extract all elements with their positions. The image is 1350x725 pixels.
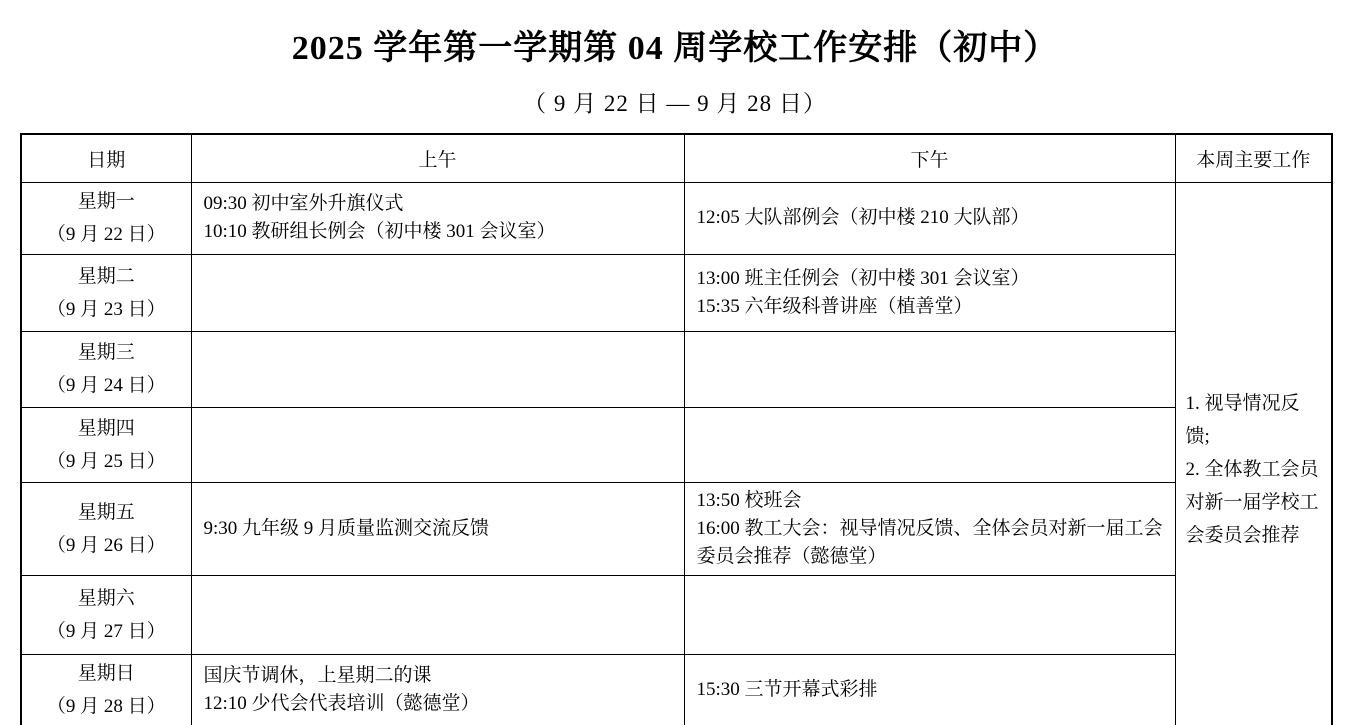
schedule-entry: 12:05 大队部例会（初中楼 210 大队部） bbox=[697, 204, 1165, 232]
day-label: 星期一 bbox=[22, 185, 191, 218]
afternoon-cell bbox=[684, 407, 1175, 482]
schedule-entry: 10:10 教研组长例会（初中楼 301 会议室） bbox=[204, 218, 674, 246]
table-row-sunday: 星期日 （9 月 28 日） 国庆节调休，上星期二的课 12:10 少代会代表培… bbox=[21, 654, 1332, 725]
table-row-wednesday: 星期三 （9 月 24 日） bbox=[21, 331, 1332, 407]
schedule-entry: 9:30 九年级 9 月质量监测交流反馈 bbox=[204, 515, 674, 543]
schedule-entry: 13:00 班主任例会（初中楼 301 会议室） bbox=[697, 265, 1165, 293]
afternoon-cell: 12:05 大队部例会（初中楼 210 大队部） bbox=[684, 182, 1175, 254]
date-cell: 星期日 （9 月 28 日） bbox=[21, 654, 191, 725]
date-label: （9 月 24 日） bbox=[22, 369, 191, 402]
schedule-entry: 国庆节调休，上星期二的课 bbox=[204, 662, 674, 690]
weekly-tasks-cell: 1. 视导情况反馈; 2. 全体教工会员对新一届学校工会委员会推荐 bbox=[1175, 182, 1332, 725]
day-label: 星期二 bbox=[22, 260, 191, 293]
date-cell: 星期六 （9 月 27 日） bbox=[21, 575, 191, 654]
weekly-task: 1. 视导情况反馈; bbox=[1186, 387, 1324, 453]
weekly-task: 2. 全体教工会员对新一届学校工会委员会推荐 bbox=[1186, 453, 1324, 552]
schedule-entry: 09:30 初中室外升旗仪式 bbox=[204, 190, 674, 218]
page-title: 2025 学年第一学期第 04 周学校工作安排（初中） bbox=[0, 0, 1350, 69]
date-cell: 星期二 （9 月 23 日） bbox=[21, 254, 191, 331]
date-label: （9 月 23 日） bbox=[22, 293, 191, 326]
day-label: 星期四 bbox=[22, 412, 191, 445]
schedule-entry: 15:30 三节开幕式彩排 bbox=[697, 676, 1165, 704]
date-label: （9 月 25 日） bbox=[22, 445, 191, 478]
table-row-friday: 星期五 （9 月 26 日） 9:30 九年级 9 月质量监测交流反馈 13:5… bbox=[21, 482, 1332, 575]
date-cell: 星期五 （9 月 26 日） bbox=[21, 482, 191, 575]
afternoon-cell: 15:30 三节开幕式彩排 bbox=[684, 654, 1175, 725]
morning-cell bbox=[191, 407, 684, 482]
table-row-thursday: 星期四 （9 月 25 日） bbox=[21, 407, 1332, 482]
afternoon-cell: 13:00 班主任例会（初中楼 301 会议室） 15:35 六年级科普讲座（植… bbox=[684, 254, 1175, 331]
date-label: （9 月 28 日） bbox=[22, 690, 191, 723]
day-label: 星期五 bbox=[22, 496, 191, 529]
schedule-entry: 13:50 校班会 bbox=[697, 487, 1165, 515]
morning-cell: 国庆节调休，上星期二的课 12:10 少代会代表培训（懿德堂） bbox=[191, 654, 684, 725]
date-cell: 星期四 （9 月 25 日） bbox=[21, 407, 191, 482]
column-header-weekly: 本周主要工作 bbox=[1175, 134, 1332, 182]
date-cell: 星期三 （9 月 24 日） bbox=[21, 331, 191, 407]
column-header-date: 日期 bbox=[21, 134, 191, 182]
date-label: （9 月 26 日） bbox=[22, 529, 191, 562]
schedule-page: 2025 学年第一学期第 04 周学校工作安排（初中） （ 9 月 22 日 —… bbox=[0, 0, 1350, 725]
morning-cell: 09:30 初中室外升旗仪式 10:10 教研组长例会（初中楼 301 会议室） bbox=[191, 182, 684, 254]
schedule-entry: 15:35 六年级科普讲座（植善堂） bbox=[697, 293, 1165, 321]
column-header-afternoon: 下午 bbox=[684, 134, 1175, 182]
schedule-entry: 12:10 少代会代表培训（懿德堂） bbox=[204, 690, 674, 718]
day-label: 星期日 bbox=[22, 657, 191, 690]
afternoon-cell bbox=[684, 575, 1175, 654]
schedule-entry: 16:00 教工大会：视导情况反馈、全体会员对新一届工会委员会推荐（懿德堂） bbox=[697, 515, 1165, 571]
table-row-saturday: 星期六 （9 月 27 日） bbox=[21, 575, 1332, 654]
day-label: 星期三 bbox=[22, 336, 191, 369]
table-row-tuesday: 星期二 （9 月 23 日） 13:00 班主任例会（初中楼 301 会议室） … bbox=[21, 254, 1332, 331]
morning-cell bbox=[191, 575, 684, 654]
afternoon-cell: 13:50 校班会 16:00 教工大会：视导情况反馈、全体会员对新一届工会委员… bbox=[684, 482, 1175, 575]
table-row-monday: 星期一 （9 月 22 日） 09:30 初中室外升旗仪式 10:10 教研组长… bbox=[21, 182, 1332, 254]
column-header-morning: 上午 bbox=[191, 134, 684, 182]
schedule-table: 日期 上午 下午 本周主要工作 星期一 （9 月 22 日） 09:30 初中室… bbox=[20, 133, 1333, 725]
date-label: （9 月 22 日） bbox=[22, 218, 191, 251]
table-header-row: 日期 上午 下午 本周主要工作 bbox=[21, 134, 1332, 182]
day-label: 星期六 bbox=[22, 582, 191, 615]
morning-cell bbox=[191, 331, 684, 407]
morning-cell: 9:30 九年级 9 月质量监测交流反馈 bbox=[191, 482, 684, 575]
afternoon-cell bbox=[684, 331, 1175, 407]
morning-cell bbox=[191, 254, 684, 331]
page-subtitle: （ 9 月 22 日 — 9 月 28 日） bbox=[0, 85, 1350, 118]
date-label: （9 月 27 日） bbox=[22, 615, 191, 648]
date-cell: 星期一 （9 月 22 日） bbox=[21, 182, 191, 254]
